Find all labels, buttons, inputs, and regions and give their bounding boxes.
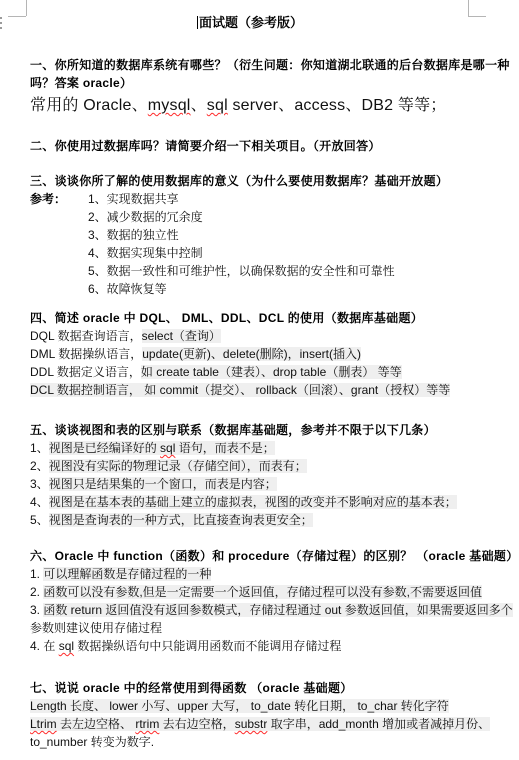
text-segment: 常用的 Oracle、 — [30, 97, 148, 114]
text-segment: 5、数据一致性和可维护性，以确保数据的安全性和可靠性 — [88, 264, 395, 278]
text-segment: DML 数据操纵语言， — [30, 347, 142, 361]
text-segment: 取字串，add_month 增加或者减掉月份、 — [267, 717, 490, 731]
body-line: 4、视图是在基本表的基础上建立的虚拟表，视图的改变并不影响对应的基本表； — [30, 493, 470, 511]
text-segment: 4. 在 — [30, 639, 59, 653]
text-segment: 视图是已经编译好的 — [49, 441, 160, 455]
body-line: DCL 数据控制语言， 如 commit（提交）、 rollback（回滚）、g… — [30, 381, 470, 399]
section-heading: 七、说说 oracle 中的经常使用到得函数 （oracle 基础题） — [30, 679, 470, 697]
text-segment: 可以理解函数是存储过程的一种 — [43, 567, 211, 581]
body-line: 参考：1、实现数据共享 — [30, 190, 470, 208]
left-edge-marks — [0, 17, 3, 32]
body-line: 3、视图只是结果集的一个窗口，而表是内容； — [30, 475, 470, 493]
section-heading: 二、你使用过数据库吗？请简要介绍一下相关项目。（开放回答） — [30, 137, 470, 155]
spellcheck-flagged-word: substr — [235, 717, 268, 731]
section-heading: 一、你所知道的数据库系统有哪些？（衍生问题：你知道湖北联通的后台数据库是哪一种 — [30, 56, 470, 74]
body-line: 3、数据的独立性 — [30, 226, 470, 244]
text-segment: 数据操纵语句中只能调用函数而不能调用存储过程 — [74, 639, 341, 653]
text-segment: server、access、DB2 等等； — [228, 97, 447, 114]
body-line: 1. 可以理解函数是存储过程的一种 — [30, 565, 470, 583]
text-segment: DQL 数据查询语言， — [30, 329, 142, 343]
text-segment: 二、你使用过数据库吗？请简要介绍一下相关项目。（开放回答） — [30, 139, 381, 153]
text-segment: 4、 — [30, 495, 49, 509]
text-segment: 3. — [30, 603, 43, 617]
section-heading: 三、谈谈你所了解的使用数据库的意义（为什么要使用数据库？基础开放题） — [30, 172, 470, 190]
body-line: 2、减少数据的冗余度 — [30, 208, 470, 226]
text-segment: 去左边空格、 — [57, 717, 136, 731]
section-heading: 五、谈谈视图和表的区别与联系（数据库基础题，参考并不限于以下几条） — [30, 421, 470, 439]
body-line: 1、视图是已经编译好的 sql 语句，而表不是； — [30, 439, 470, 457]
text-segment: update(更新)、delete(删除)，insert(插入) — [142, 347, 361, 361]
document-title: 面试题（参考版） — [30, 14, 470, 32]
text-segment: Length 长度、 lower 小写、upper 大写， to_date 转化… — [30, 699, 449, 713]
text-segment: 视图没有实际的物理记录（存储空间），而表有； — [49, 459, 307, 473]
text-segment: 2. — [30, 585, 43, 599]
body-line: 3. 函数 return 返回值没有返回参数模式，存储过程通过 out 参数返回… — [30, 601, 470, 619]
text-segment: 六、Oracle 中 function（函数）和 procedure（存储过程）… — [30, 549, 519, 563]
text-segment: 去右边空格， — [159, 717, 234, 731]
text-segment: 3、 — [30, 477, 49, 491]
text-segment: 1、实现数据共享 — [88, 192, 179, 206]
text-segment: 5、 — [30, 513, 49, 527]
body-line: 参数则建议使用存储过程 — [30, 619, 470, 637]
body-line: 4、数据实现集中控制 — [30, 244, 470, 262]
text-segment: 1. — [30, 567, 43, 581]
body-line: DDL 数据定义语言，如 create table（建表）、drop table… — [30, 363, 470, 381]
spellcheck-flagged-word: sql — [59, 639, 74, 653]
body-line: 4. 在 sql 数据操纵语句中只能调用函数而不能调用存储过程 — [30, 637, 470, 655]
text-segment: to_number 转变为数字. — [30, 735, 154, 749]
text-segment: 三、谈谈你所了解的使用数据库的意义（为什么要使用数据库？基础开放题） — [30, 174, 448, 188]
text-cursor — [197, 16, 198, 29]
body-line: Ltrim 去左边空格、 rtrim 去右边空格，substr 取字串，add_… — [30, 715, 470, 733]
text-segment: 一、你所知道的数据库系统有哪些？（衍生问题：你知道湖北联通的后台数据库是哪一种 — [30, 58, 510, 72]
document-title-text: 面试题（参考版） — [199, 15, 303, 30]
text-segment: 参数则建议使用存储过程 — [30, 621, 162, 635]
document-body: 一、你所知道的数据库系统有哪些？（衍生问题：你知道湖北联通的后台数据库是哪一种吗… — [30, 56, 470, 751]
text-segment: 4、数据实现集中控制 — [88, 246, 203, 260]
spellcheck-flagged-word: mysql — [148, 97, 191, 114]
text-segment: 吗？答案 oracle） — [30, 76, 132, 90]
body-line: 5、数据一致性和可维护性，以确保数据的安全性和可靠性 — [30, 262, 470, 280]
text-segment: 函数可以没有参数,但是一定需要一个返回值，存储过程可以没有参数,不需要返回值 — [43, 585, 482, 599]
text-segment: 五、谈谈视图和表的区别与联系（数据库基础题，参考并不限于以下几条） — [30, 423, 436, 437]
text-segment: select（查询） — [142, 329, 221, 343]
text-segment: 、 — [191, 97, 207, 114]
body-line: Length 长度、 lower 小写、upper 大写， to_date 转化… — [30, 697, 470, 715]
spellcheck-flagged-word: sql — [160, 441, 175, 455]
text-segment: 视图只是结果集的一个窗口，而表是内容； — [49, 477, 277, 491]
text-segment: 1、 — [30, 441, 49, 455]
text-segment: DCL 数据控制语言， 如 commit（提交）、 rollback（回滚）、g… — [30, 383, 450, 397]
text-segment: 2、减少数据的冗余度 — [88, 210, 203, 224]
spellcheck-flagged-word: rtrim — [135, 717, 159, 731]
text-segment: 6、故障恢复等 — [88, 282, 167, 296]
text-segment: DDL 数据定义语言， — [30, 365, 141, 379]
body-line: 6、故障恢复等 — [30, 280, 470, 298]
body-line: 2. 函数可以没有参数,但是一定需要一个返回值，存储过程可以没有参数,不需要返回… — [30, 583, 470, 601]
body-line: 2、视图没有实际的物理记录（存储空间），而表有； — [30, 457, 470, 475]
body-line: 5、视图是查询表的一种方式，比直接查询表更安全； — [30, 511, 470, 529]
section-heading: 四、简述 oracle 中 DQL、 DML、DDL、DCL 的使用（数据库基础… — [30, 309, 470, 327]
big-answer-line: 常用的 Oracle、mysql、sql server、access、DB2 等… — [30, 94, 470, 118]
body-line: to_number 转变为数字. — [30, 733, 470, 751]
text-segment: 语句，而表不是； — [175, 441, 274, 455]
text-segment: 2、 — [30, 459, 49, 473]
body-line: DML 数据操纵语言，update(更新)、delete(删除)，insert(… — [30, 345, 470, 363]
text-segment: 参考： — [30, 190, 88, 208]
text-segment: 视图是在基本表的基础上建立的虚拟表，视图的改变并不影响对应的基本表； — [49, 495, 457, 509]
text-segment: 函数 return 返回值没有返回参数模式，存储过程通过 out 参数返回值，如… — [43, 603, 512, 617]
spellcheck-flagged-word: Ltrim — [30, 717, 57, 731]
section-heading: 吗？答案 oracle） — [30, 74, 470, 92]
body-line: DQL 数据查询语言，select（查询） — [30, 327, 470, 345]
text-segment: 视图是查询表的一种方式，比直接查询表更安全； — [49, 513, 313, 527]
spellcheck-flagged-word: sql — [207, 97, 228, 114]
document-page[interactable]: 面试题（参考版） 一、你所知道的数据库系统有哪些？（衍生问题：你知道湖北联通的后… — [0, 0, 519, 760]
section-heading: 六、Oracle 中 function（函数）和 procedure（存储过程）… — [30, 547, 470, 565]
text-segment: 七、说说 oracle 中的经常使用到得函数 （oracle 基础题） — [30, 681, 353, 695]
text-segment: 3、数据的独立性 — [88, 228, 179, 242]
text-segment: 如 create table（建表）、drop table（删表） 等等 — [141, 365, 402, 379]
text-segment: 四、简述 oracle 中 DQL、 DML、DDL、DCL 的使用（数据库基础… — [30, 311, 423, 325]
